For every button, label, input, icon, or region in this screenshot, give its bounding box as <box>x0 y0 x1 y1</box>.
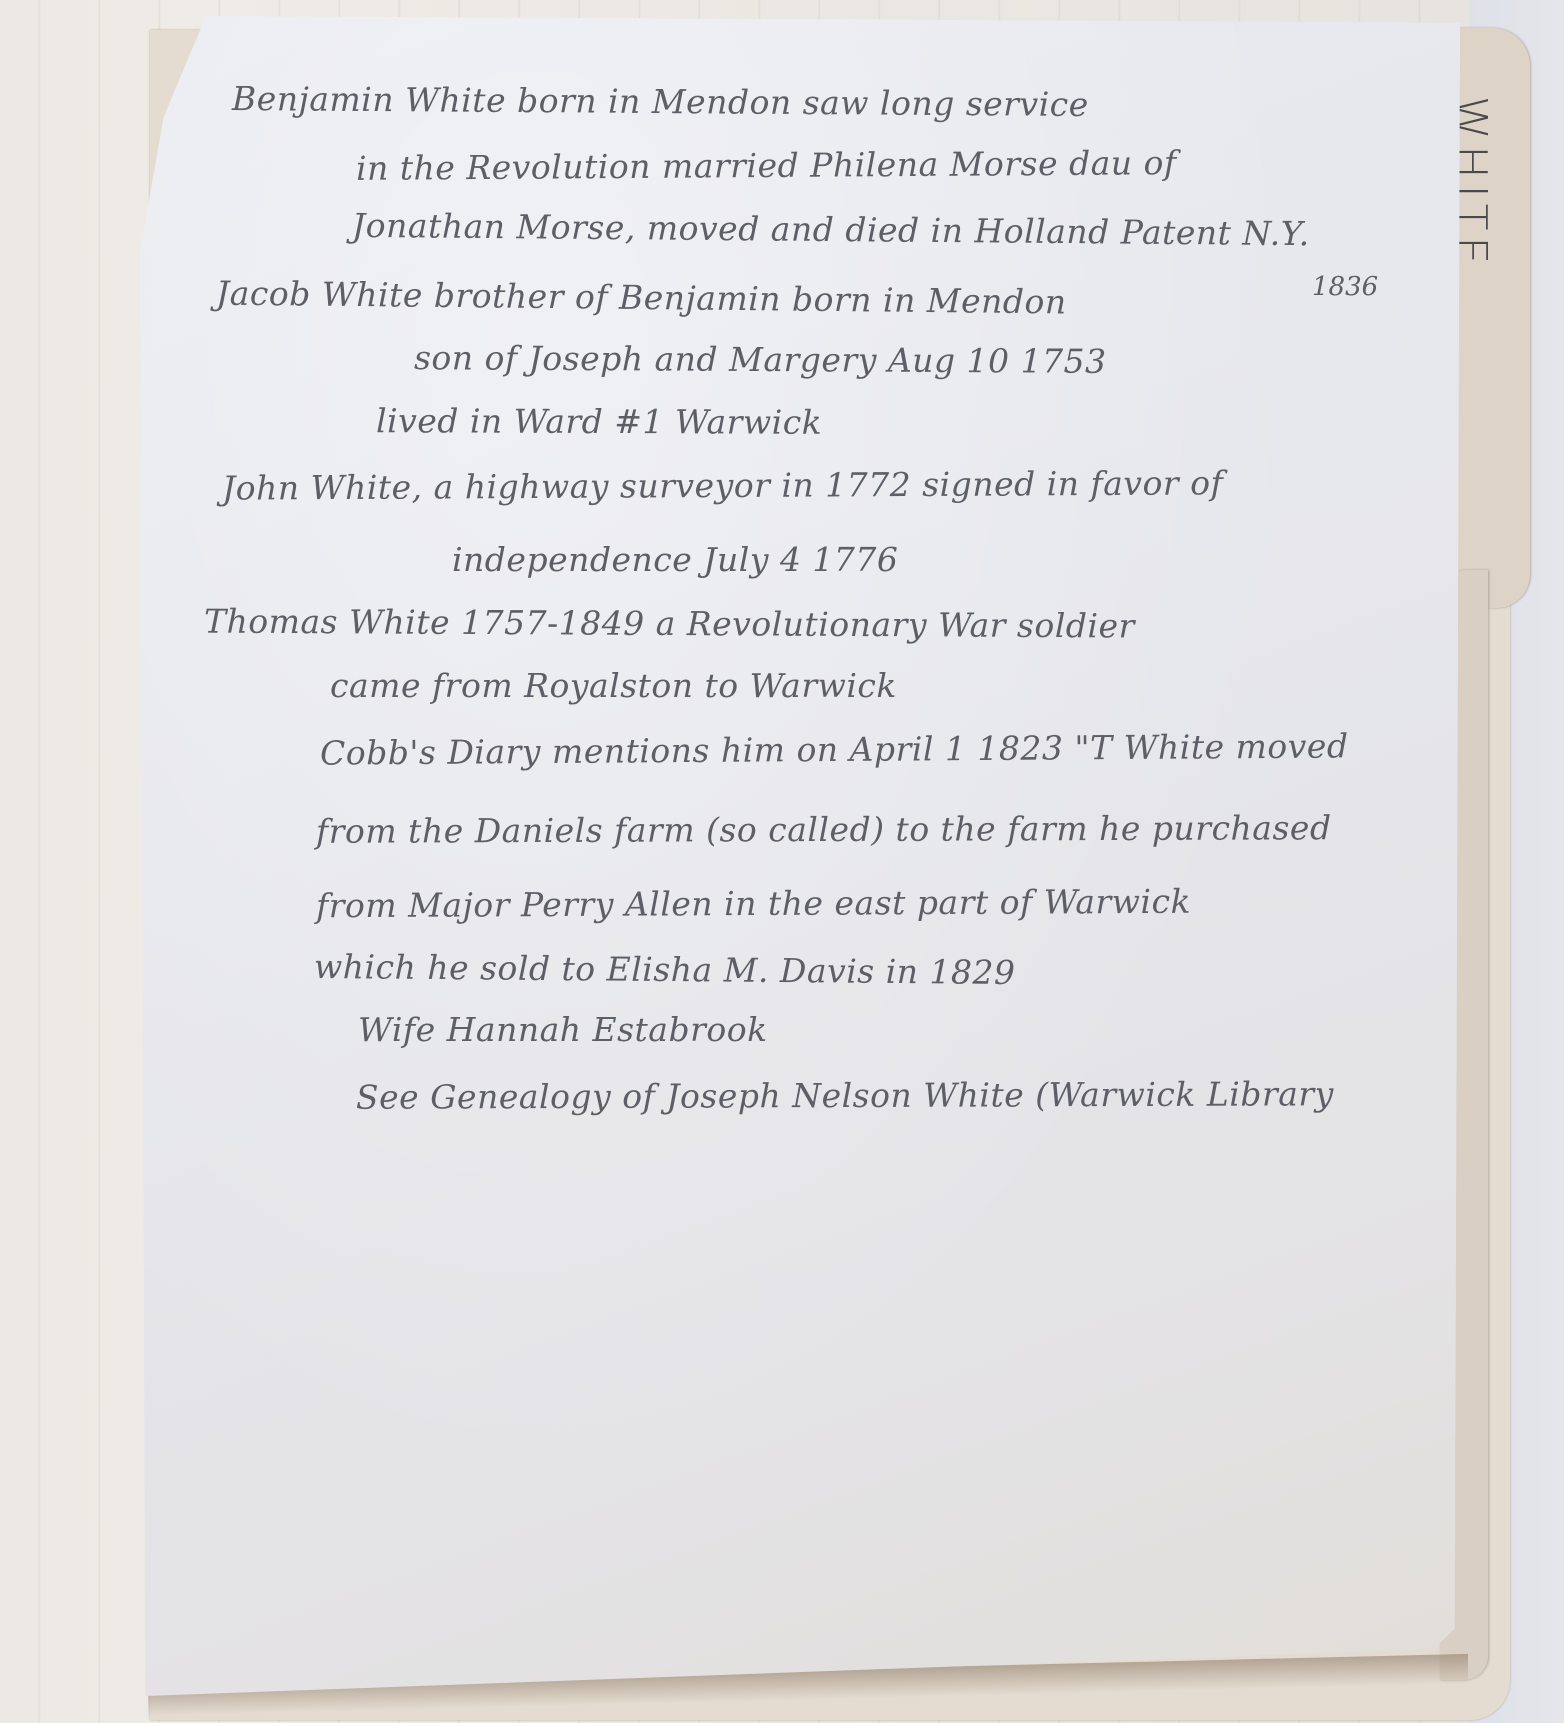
note-line-wife: Wife Hannah Estabrook <box>358 1010 768 1049</box>
note-line: from the Daniels farm (so called) to the… <box>316 808 1332 851</box>
note-line-jacob: Jacob White brother of Benjamin born in … <box>216 274 1067 322</box>
handwritten-notes: Benjamin White born in Mendon saw long s… <box>0 0 1564 1723</box>
note-line: independence July 4 1776 <box>452 540 898 579</box>
note-line: which he sold to Elisha M. Davis in 1829 <box>314 947 1016 992</box>
death-year-annotation: 1836 <box>1312 272 1378 302</box>
note-line: came from Royalston to Warwick <box>330 666 897 705</box>
note-line: lived in Ward #1 Warwick <box>376 401 822 442</box>
note-line-thomas: Thomas White 1757-1849 a Revolutionary W… <box>204 602 1135 646</box>
note-line-john: John White, a highway surveyor in 1772 s… <box>222 463 1223 507</box>
note-line: from Major Perry Allen in the east part … <box>316 882 1191 926</box>
note-line: son of Joseph and Margery Aug 10 1753 <box>414 338 1107 381</box>
note-line: Jonathan Morse, moved and died in Hollan… <box>352 206 1310 253</box>
note-line: Cobb's Diary mentions him on April 1 182… <box>320 726 1349 772</box>
note-line-benjamin: Benjamin White born in Mendon saw long s… <box>232 79 1089 124</box>
note-line: in the Revolution married Philena Morse … <box>356 143 1177 188</box>
note-line-reference: See Genealogy of Joseph Nelson White (Wa… <box>356 1074 1334 1116</box>
